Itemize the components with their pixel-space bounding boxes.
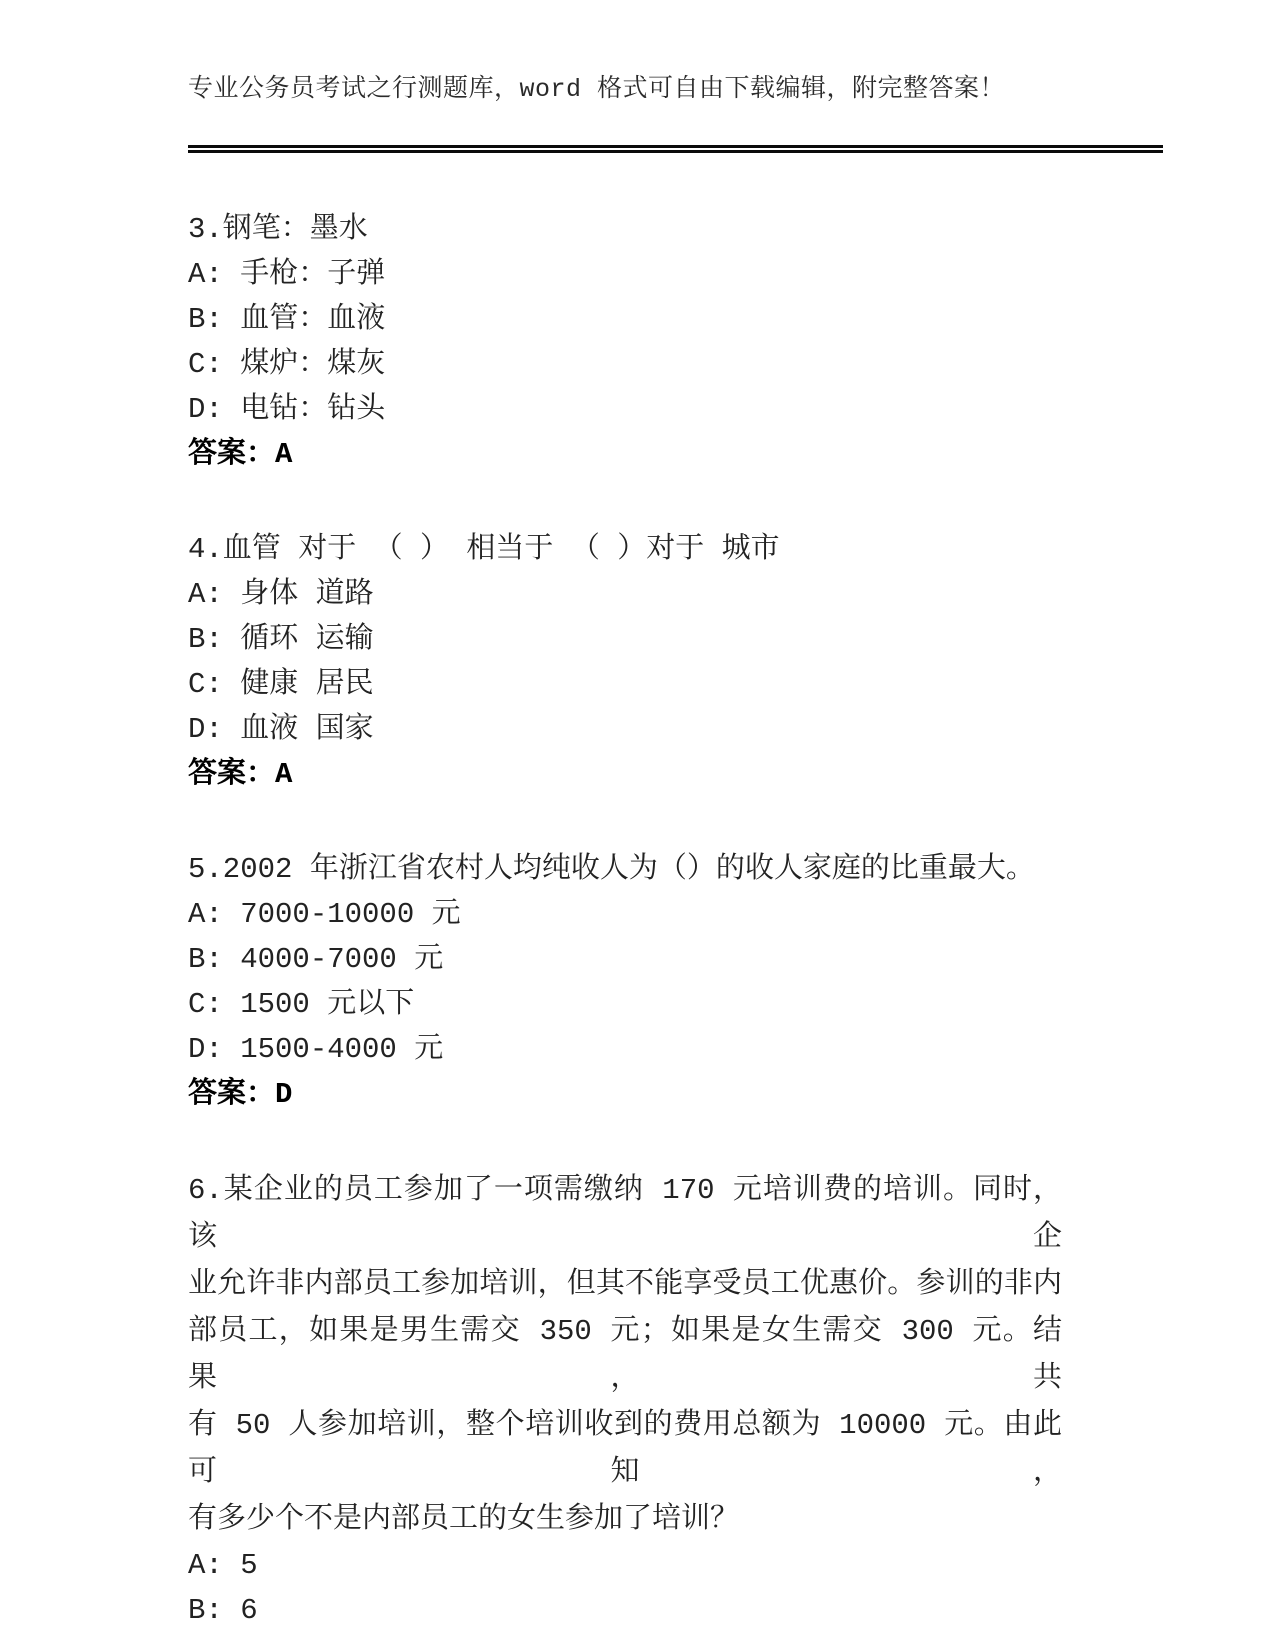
document-body: 3.钢笔：墨水 A: 手枪：子弹 B: 血管：血液 C: 煤炉：煤灰 D: 电钻… bbox=[188, 207, 1062, 1633]
page-header: 专业公务员考试之行测题库，word 格式可自由下载编辑，附完整答案！ bbox=[188, 0, 1163, 153]
question-4: 4.血管 对于 （ ） 相当于 （ ）对于 城市 A: 身体 道路 B: 循环 … bbox=[188, 527, 1062, 797]
question-3: 3.钢笔：墨水 A: 手枪：子弹 B: 血管：血液 C: 煤炉：煤灰 D: 电钻… bbox=[188, 207, 1062, 477]
question-title: 4.血管 对于 （ ） 相当于 （ ）对于 城市 bbox=[188, 527, 1062, 572]
question-5: 5.2002 年浙江省农村人均纯收人为（）的收人家庭的比重最大。 A: 7000… bbox=[188, 847, 1062, 1117]
option-d: D: 1500-4000 元 bbox=[188, 1027, 1062, 1072]
option-c: C: 煤炉：煤灰 bbox=[188, 342, 1062, 387]
option-d: D: 电钻：钻头 bbox=[188, 387, 1062, 432]
question-title: 5.2002 年浙江省农村人均纯收人为（）的收人家庭的比重最大。 bbox=[188, 847, 1062, 892]
answer-line: 答案：A bbox=[188, 432, 1062, 477]
option-d: D: 血液 国家 bbox=[188, 707, 1062, 752]
question-6: 6.某企业的员工参加了一项需缴纳 170 元培训费的培训。同时，该企 业允许非内… bbox=[188, 1167, 1062, 1633]
option-b: B: 血管：血液 bbox=[188, 297, 1062, 342]
question-text-line: 业允许非内部员工参加培训，但其不能享受员工优惠价。参训的非内 bbox=[188, 1261, 1062, 1308]
question-text-line: 有 50 人参加培训，整个培训收到的费用总额为 10000 元。由此可知， bbox=[188, 1402, 1062, 1496]
answer-line: 答案：A bbox=[188, 752, 1062, 797]
question-title: 3.钢笔：墨水 bbox=[188, 207, 1062, 252]
answer-line: 答案：D bbox=[188, 1072, 1062, 1117]
option-b: B: 4000-7000 元 bbox=[188, 937, 1062, 982]
header-divider bbox=[188, 145, 1163, 153]
option-c: C: 1500 元以下 bbox=[188, 982, 1062, 1027]
option-a: A: 身体 道路 bbox=[188, 572, 1062, 617]
document-page: 专业公务员考试之行测题库，word 格式可自由下载编辑，附完整答案！ 3.钢笔：… bbox=[0, 0, 1275, 1650]
header-title: 专业公务员考试之行测题库，word 格式可自由下载编辑，附完整答案！ bbox=[188, 75, 1163, 105]
question-text-line: 有多少个不是内部员工的女生参加了培训？ bbox=[188, 1496, 1062, 1543]
question-text-line: 部员工，如果是男生需交 350 元；如果是女生需交 300 元。结果，共 bbox=[188, 1308, 1062, 1402]
option-c: C: 健康 居民 bbox=[188, 662, 1062, 707]
option-a: A: 7000-10000 元 bbox=[188, 892, 1062, 937]
option-b: B: 6 bbox=[188, 1588, 1062, 1633]
option-b: B: 循环 运输 bbox=[188, 617, 1062, 662]
option-a: A: 5 bbox=[188, 1543, 1062, 1588]
option-a: A: 手枪：子弹 bbox=[188, 252, 1062, 297]
question-text-line: 6.某企业的员工参加了一项需缴纳 170 元培训费的培训。同时，该企 bbox=[188, 1167, 1062, 1261]
